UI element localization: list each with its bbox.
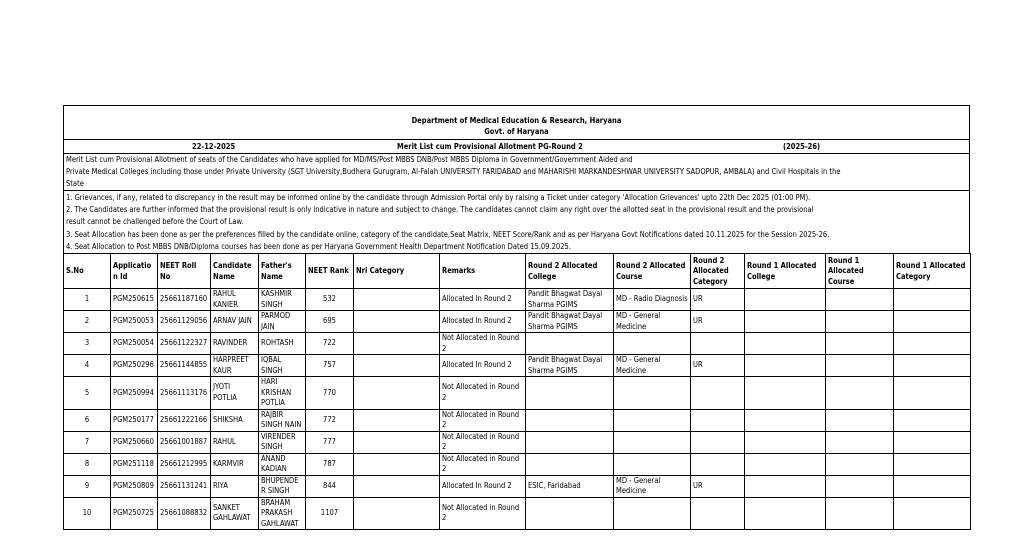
cell-round1-college [745,289,826,311]
cell-nri-category [354,311,440,333]
table-row: 7PGM25066025661001887RAHULVIRENDER SINGH… [64,431,971,453]
description-line: Private Medical Colleges including those… [66,166,967,178]
column-header-round1-course: Round 1 Allocated Course [826,254,894,289]
table-row: 8PGM25111825661212995KARMVIRANAND KADIAN… [64,453,971,475]
list-date: 22-12-2025 [192,140,235,153]
column-header-remarks: Remarks [440,254,526,289]
cell-candidate-name: KARMVIR [211,453,259,475]
cell-remarks: Allocated In Round 2 [440,475,526,497]
column-header-round2-college: Round 2 Allocated College [526,254,614,289]
cell-round2-course [614,497,691,530]
cell-s-no: 3 [64,333,111,355]
cell-s-no: 10 [64,497,111,530]
cell-round1-college [745,475,826,497]
cell-round2-category: UR [691,475,745,497]
cell-round1-college [745,409,826,431]
column-header-neet-rank: NEET Rank [306,254,354,289]
cell-application-id: PGM250809 [111,475,158,497]
cell-neet-rank: 722 [306,333,354,355]
cell-neet-roll-no: 25661212995 [158,453,211,475]
cell-nri-category [354,497,440,530]
cell-candidate-name: RAHUL [211,431,259,453]
cell-s-no: 9 [64,475,111,497]
notes: 1. Grievances, if any, related to discre… [64,191,969,253]
cell-neet-rank: 695 [306,311,354,333]
cell-round1-category [894,453,971,475]
cell-round2-college: ESIC, Faridabad [526,475,614,497]
cell-fathers-name: HARI KRISHAN POTLIA [259,377,306,410]
government-name: Govt. of Haryana [64,126,969,137]
cell-round2-category: UR [691,289,745,311]
cell-candidate-name: RIYA [211,475,259,497]
cell-s-no: 1 [64,289,111,311]
cell-neet-roll-no: 25661113176 [158,377,211,410]
column-header-nri-category: Nri Category [354,254,440,289]
note-item: 4. Seat Allocation to Post MBBS DNB/Dipl… [66,241,967,253]
table-row: 2PGM25005325661129056ARNAV JAINPARMOD JA… [64,311,971,333]
cell-neet-roll-no: 25661122327 [158,333,211,355]
table-row: 10PGM25072525661088832SANKET GAHLAWATBRA… [64,497,971,530]
cell-round1-course [826,453,894,475]
cell-round1-category [894,377,971,410]
cell-remarks: Not Allocated in Round 2 [440,453,526,475]
cell-candidate-name: HARPREET KAUR [211,355,259,377]
description-line: State [66,178,967,190]
cell-round1-college [745,377,826,410]
table-body: 1PGM25061525661187160RAHUL KANIERKASHMIR… [64,289,971,530]
table-row: 9PGM25080925661131241RIYABHUPENDE R SING… [64,475,971,497]
cell-s-no: 5 [64,377,111,410]
cell-fathers-name: KASHMIR SINGH [259,289,306,311]
session-label: (2025-26) [783,140,820,153]
table-row: 1PGM25061525661187160RAHUL KANIERKASHMIR… [64,289,971,311]
cell-application-id: PGM250725 [111,497,158,530]
column-header-round1-college: Round 1 Allocated College [745,254,826,289]
cell-fathers-name: RAJBIR SINGH NAIN [259,409,306,431]
cell-neet-rank: 757 [306,355,354,377]
cell-neet-rank: 770 [306,377,354,410]
merit-list-table: S.NoApplicatio n IdNEET Roll NoCandidate… [63,253,971,530]
cell-round2-course [614,409,691,431]
cell-round1-category [894,333,971,355]
cell-neet-rank: 777 [306,431,354,453]
cell-round1-course [826,311,894,333]
cell-candidate-name: JYOTI POTLIA [211,377,259,410]
cell-remarks: Not Allocated in Round 2 [440,409,526,431]
cell-round2-course [614,377,691,410]
cell-neet-roll-no: 25661144855 [158,355,211,377]
cell-nri-category [354,431,440,453]
cell-round1-course [826,377,894,410]
cell-round1-category [894,497,971,530]
cell-round1-college [745,431,826,453]
cell-round2-category [691,377,745,410]
cell-round2-college [526,333,614,355]
cell-fathers-name: PARMOD JAIN [259,311,306,333]
cell-candidate-name: RAVINDER [211,333,259,355]
cell-nri-category [354,475,440,497]
cell-neet-rank: 787 [306,453,354,475]
cell-round2-category: UR [691,311,745,333]
cell-round2-category [691,333,745,355]
cell-round1-course [826,497,894,530]
cell-fathers-name: ROHTASH [259,333,306,355]
cell-application-id: PGM250615 [111,289,158,311]
header-info-row: 22-12-2025 Merit List cum Provisional Al… [64,140,969,154]
cell-round1-category [894,355,971,377]
cell-nri-category [354,355,440,377]
cell-round2-category [691,497,745,530]
cell-round2-college [526,497,614,530]
cell-round2-college: Pandit Bhagwat Dayal Sharma PGIMS [526,311,614,333]
cell-nri-category [354,409,440,431]
cell-candidate-name: SANKET GAHLAWAT [211,497,259,530]
header-titles: Department of Medical Education & Resear… [64,106,969,140]
cell-neet-rank: 1107 [306,497,354,530]
cell-remarks: Not Allocated in Round 2 [440,497,526,530]
cell-round2-category [691,409,745,431]
cell-fathers-name: ANAND KADIAN [259,453,306,475]
cell-round1-course [826,289,894,311]
cell-s-no: 2 [64,311,111,333]
cell-remarks: Not Allocated in Round 2 [440,333,526,355]
cell-round2-college [526,453,614,475]
description: Merit List cum Provisional Allotment of … [64,154,969,191]
cell-nri-category [354,333,440,355]
cell-round2-category [691,453,745,475]
cell-s-no: 7 [64,431,111,453]
cell-round1-college [745,497,826,530]
cell-round2-category: UR [691,355,745,377]
cell-round1-category [894,289,971,311]
cell-round1-course [826,431,894,453]
column-header-s-no: S.No [64,254,111,289]
cell-remarks: Not Allocated in Round 2 [440,377,526,410]
cell-application-id: PGM250054 [111,333,158,355]
cell-round2-course: MD - General Medicine [614,311,691,333]
merit-list-document: Department of Medical Education & Resear… [63,105,970,530]
cell-round1-category [894,475,971,497]
cell-application-id: PGM250660 [111,431,158,453]
cell-candidate-name: ARNAV JAIN [211,311,259,333]
cell-remarks: Allocated In Round 2 [440,289,526,311]
cell-neet-roll-no: 25661222166 [158,409,211,431]
note-item: 1. Grievances, if any, related to discre… [66,192,967,204]
cell-round2-college [526,377,614,410]
cell-round2-course [614,333,691,355]
cell-fathers-name: IQBAL SINGH [259,355,306,377]
cell-application-id: PGM251118 [111,453,158,475]
column-header-round1-category: Round 1 Allocated Category [894,254,971,289]
cell-fathers-name: BRAHAM PRAKASH GAHLAWAT [259,497,306,530]
document-header-box: Department of Medical Education & Resear… [63,105,970,253]
cell-round1-category [894,409,971,431]
cell-round1-college [745,453,826,475]
note-item: result cannot be challenged before the C… [66,216,967,228]
cell-remarks: Not Allocated in Round 2 [440,431,526,453]
cell-application-id: PGM250994 [111,377,158,410]
cell-round1-college [745,311,826,333]
cell-application-id: PGM250053 [111,311,158,333]
cell-neet-roll-no: 25661001887 [158,431,211,453]
cell-neet-rank: 844 [306,475,354,497]
cell-round1-category [894,431,971,453]
cell-round2-course [614,431,691,453]
cell-fathers-name: VIRENDER SINGH [259,431,306,453]
cell-neet-roll-no: 25661129056 [158,311,211,333]
description-line: Merit List cum Provisional Allotment of … [66,154,967,166]
cell-neet-rank: 772 [306,409,354,431]
department-name: Department of Medical Education & Resear… [64,115,969,126]
cell-neet-roll-no: 25661131241 [158,475,211,497]
cell-round1-course [826,333,894,355]
cell-nri-category [354,289,440,311]
cell-nri-category [354,453,440,475]
table-header-row: S.NoApplicatio n IdNEET Roll NoCandidate… [64,254,971,289]
cell-remarks: Allocated In Round 2 [440,311,526,333]
cell-neet-roll-no: 25661187160 [158,289,211,311]
list-title: Merit List cum Provisional Allotment PG-… [397,140,583,153]
table-row: 3PGM25005425661122327RAVINDERROHTASH722N… [64,333,971,355]
column-header-round2-course: Round 2 Allocated Course [614,254,691,289]
cell-remarks: Allocated In Round 2 [440,355,526,377]
cell-round2-category [691,431,745,453]
cell-s-no: 4 [64,355,111,377]
cell-candidate-name: RAHUL KANIER [211,289,259,311]
cell-round2-course: MD - Radio Diagnosis [614,289,691,311]
column-header-round2-category: Round 2 Allocated Category [691,254,745,289]
table-row: 6PGM25017725661222166SHIKSHARAJBIR SINGH… [64,409,971,431]
cell-round1-course [826,475,894,497]
cell-neet-rank: 532 [306,289,354,311]
cell-round2-college: Pandit Bhagwat Dayal Sharma PGIMS [526,355,614,377]
cell-application-id: PGM250296 [111,355,158,377]
cell-round1-college [745,355,826,377]
column-header-application-id: Applicatio n Id [111,254,158,289]
cell-round1-course [826,409,894,431]
cell-round2-college [526,409,614,431]
note-item: 3. Seat Allocation has been done as per … [66,229,967,241]
cell-round2-course: MD - General Medicine [614,475,691,497]
note-item: 2. The Candidates are further informed t… [66,204,967,216]
cell-round2-course [614,453,691,475]
cell-fathers-name: BHUPENDE R SINGH [259,475,306,497]
cell-s-no: 6 [64,409,111,431]
cell-round1-category [894,311,971,333]
column-header-neet-roll-no: NEET Roll No [158,254,211,289]
cell-round2-course: MD - General Medicine [614,355,691,377]
cell-neet-roll-no: 25661088832 [158,497,211,530]
cell-candidate-name: SHIKSHA [211,409,259,431]
cell-round2-college [526,431,614,453]
cell-round2-college: Pandit Bhagwat Dayal Sharma PGIMS [526,289,614,311]
cell-round1-course [826,355,894,377]
column-header-candidate-name: Candidate Name [211,254,259,289]
cell-application-id: PGM250177 [111,409,158,431]
table-row: 4PGM25029625661144855HARPREET KAURIQBAL … [64,355,971,377]
cell-round1-college [745,333,826,355]
cell-nri-category [354,377,440,410]
table-row: 5PGM25099425661113176JYOTI POTLIAHARI KR… [64,377,971,410]
column-header-fathers-name: Father's Name [259,254,306,289]
cell-s-no: 8 [64,453,111,475]
